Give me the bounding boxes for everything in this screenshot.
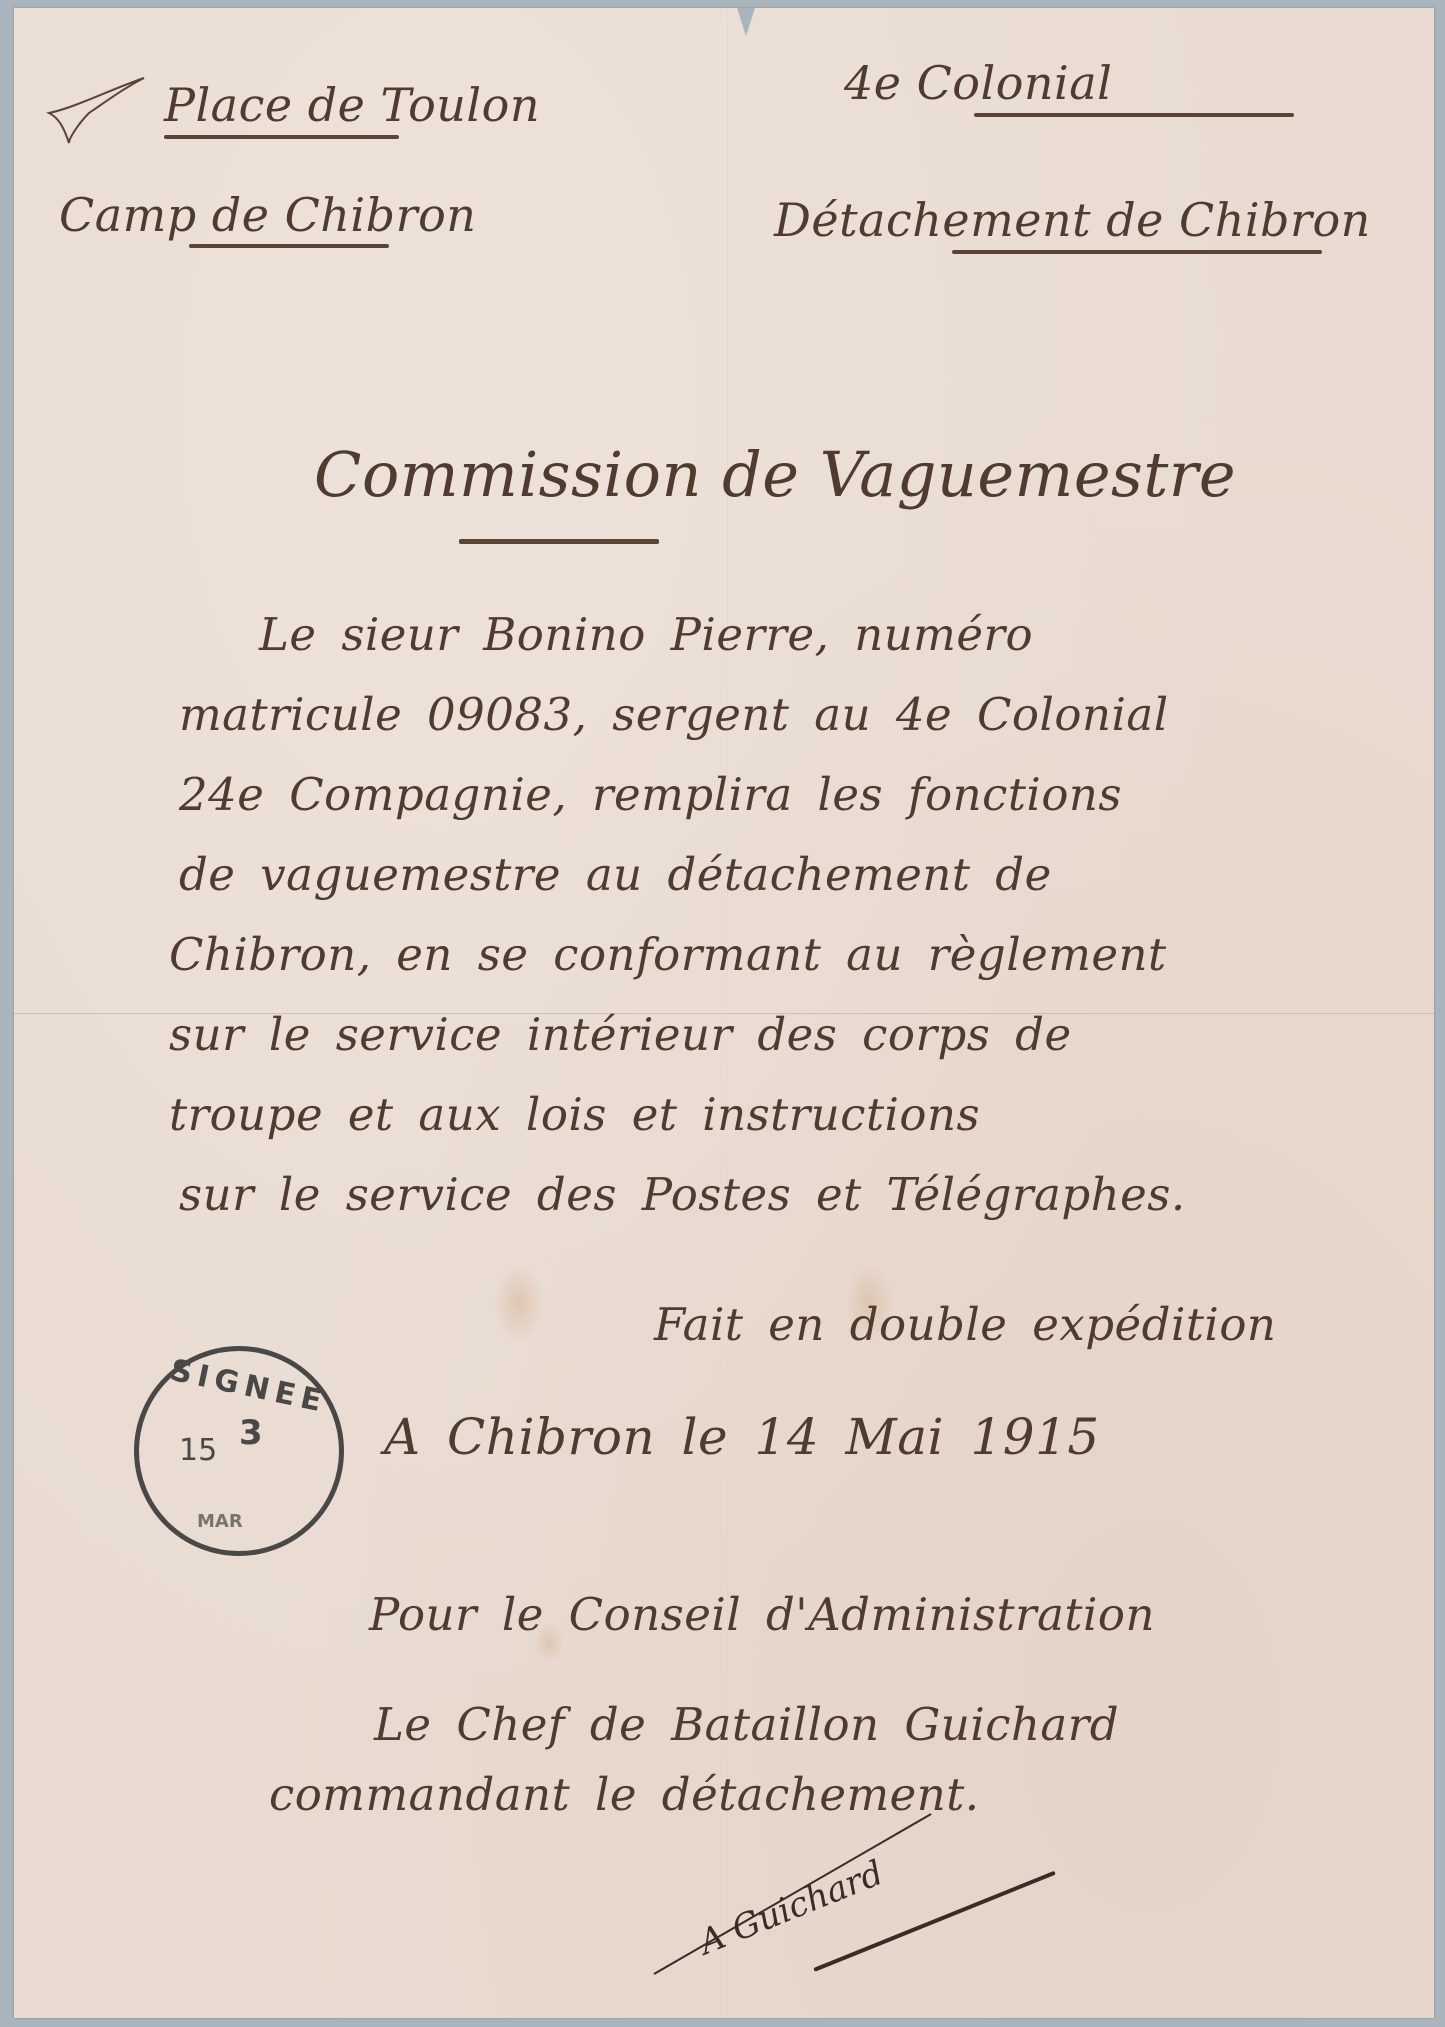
closing-place-date: A Chibron le 14 Mai 1915 (384, 1408, 1100, 1466)
body-line: sur le service des Postes et Télégraphes… (179, 1168, 1186, 1221)
underline (189, 244, 389, 248)
stamp-bottom-text: MAR (197, 1511, 243, 1532)
header-camp: Camp de Chibron (59, 188, 476, 242)
body-line: troupe et aux lois et instructions (169, 1088, 980, 1141)
body-line: de vaguemestre au détachement de (179, 848, 1052, 901)
stamp-word: SIGNEE (167, 1353, 330, 1420)
document-page: Place de Toulon Camp de Chibron 4e Colon… (14, 8, 1434, 2018)
stamp-day: 15 (179, 1433, 217, 1468)
closing-expedition: Fait en double expédition (654, 1298, 1276, 1351)
signature-line-chief: Le Chef de Bataillon Guichard (374, 1698, 1119, 1751)
underline (164, 135, 399, 139)
paper-stain (494, 1263, 544, 1343)
body-line: matricule 09083, sergent au 4e Colonial (179, 688, 1169, 741)
body-line: Chibron, en se conformant au règlement (169, 928, 1167, 981)
postal-stamp: SIGNEE 15 3 MAR (134, 1346, 344, 1556)
document-title: Commission de Vaguemestre (314, 438, 1236, 511)
flourish-mark-icon (44, 58, 154, 148)
stamp-month: 3 (239, 1413, 263, 1453)
paper-notch (737, 8, 755, 36)
title-underline (459, 539, 659, 544)
header-place: Place de Toulon (164, 78, 540, 132)
signature-line-council: Pour le Conseil d'Administration (369, 1588, 1155, 1641)
signature-line-commanding: commandant le détachement. (269, 1768, 980, 1821)
header-detachment: Détachement de Chibron (774, 193, 1371, 247)
header-regiment: 4e Colonial (844, 56, 1112, 110)
underline (952, 250, 1322, 254)
handwritten-signature: A Guichard (694, 1853, 889, 1963)
body-line: Le sieur Bonino Pierre, numéro (259, 608, 1033, 661)
body-line: 24e Compagnie, remplira les fonctions (179, 768, 1122, 821)
signature-flourish (654, 1813, 932, 1975)
underline (974, 113, 1294, 117)
body-line: sur le service intérieur des corps de (169, 1008, 1072, 1061)
